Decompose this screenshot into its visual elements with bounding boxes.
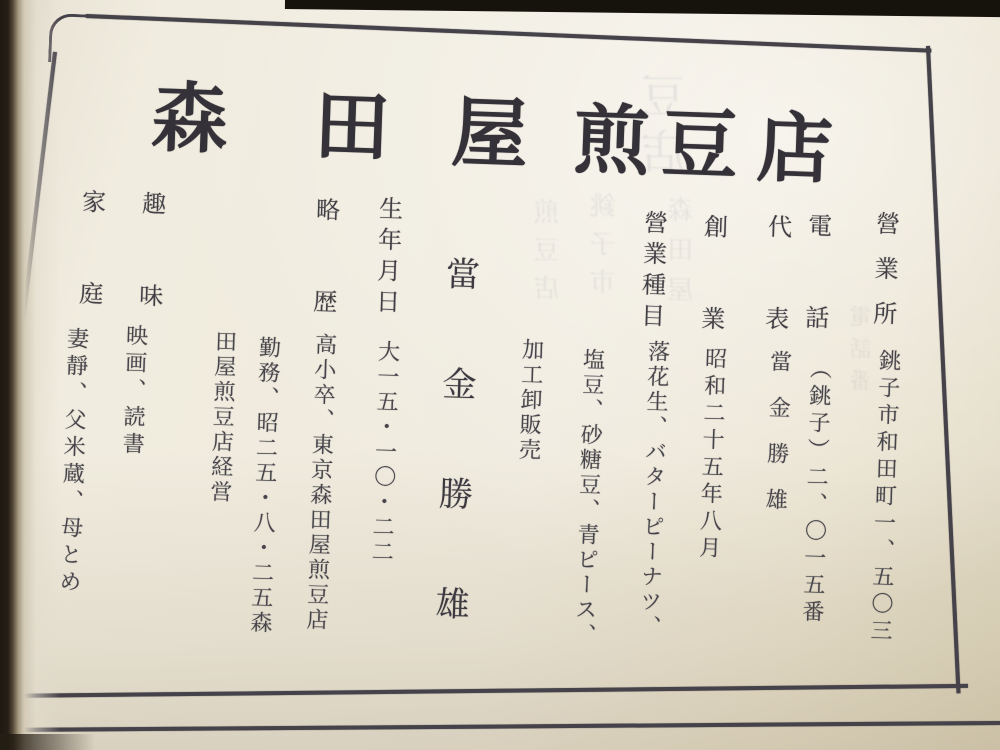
photo-top-edge: [285, 0, 1000, 17]
bleed-through-text: 銚子市: [586, 192, 623, 306]
title-char: 森: [150, 57, 230, 169]
title-char: 田: [312, 65, 392, 177]
photographed-directory-page: 豆店 森田屋 銚子市 煎豆店 電話番 森 田 屋 煎 豆 店 營業所 銚子市和田…: [0, 0, 1000, 750]
business-items-label: 營業種目: [632, 209, 671, 334]
bleed-through-text: 煎豆店: [530, 198, 567, 312]
entry-frame-top-rule: [86, 14, 931, 52]
career-line: 勤務、昭二五・八・二五森: [245, 336, 285, 637]
entry-frame-bottom-rule: [0, 684, 968, 698]
title-char: 煎: [572, 79, 652, 191]
owner-name: 當金勝雄: [421, 255, 484, 696]
office-label: 營業所: [864, 210, 903, 346]
representative-value: 當金勝雄: [759, 350, 796, 535]
title-char: 屋: [450, 72, 530, 184]
business-items-line: 加工卸販売: [513, 338, 548, 464]
business-items-line: 落花生、バターピーナツ、: [634, 340, 674, 641]
birth-label: 生年月日: [367, 195, 406, 320]
business-items-line: 塩豆、砂糖豆、青ピース、: [569, 348, 609, 649]
title-char: 店: [755, 87, 835, 199]
next-entry-top-rule: [0, 721, 1000, 731]
hobby-value: 映画、読書: [117, 324, 152, 460]
entry-frame-right-rule: [926, 46, 960, 693]
founded-value: 昭和二十五年八月: [693, 347, 731, 564]
title-char: 豆: [660, 83, 740, 195]
birth-value: 大一五・一〇・二二: [366, 340, 404, 566]
photo-bottom-left-edge: [0, 734, 95, 750]
phone-value: （銚子）二、〇一五番: [797, 357, 836, 628]
book-gutter-edge: [0, 0, 60, 750]
career-line: 田屋煎豆店経営: [205, 330, 241, 506]
